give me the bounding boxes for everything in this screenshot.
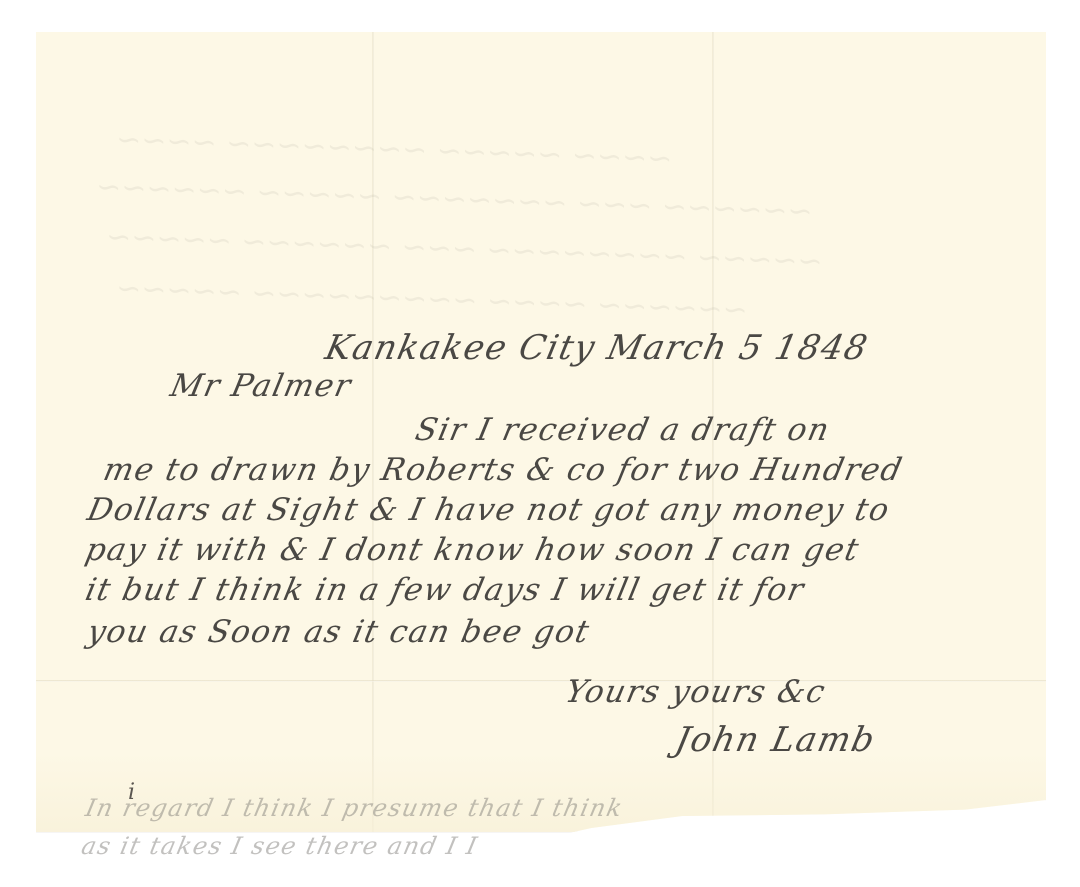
letter-dateline: Kankakee City March 5 1848: [322, 328, 872, 368]
body-line: me to drawn by Roberts & co for two Hund…: [100, 452, 906, 488]
body-line: Sir I received a draft on: [412, 412, 833, 448]
body-line: it but I think in a few days I will get …: [82, 572, 808, 608]
body-line: pay it with & I dont know how soon I can…: [82, 532, 863, 568]
bleed-through-text: ~~~~ ~~~~~ ~~~~~~~~ ~~~~: [116, 122, 673, 176]
body-line: Dollars at Sight & I have not got any mo…: [84, 492, 893, 528]
letter-paper: ~~~~ ~~~~~ ~~~~~~~~ ~~~~ ~~~~~~ ~~~ ~~~~…: [36, 32, 1046, 832]
postscript-line: as it takes I see there and I I: [79, 832, 481, 860]
letter-closing: Yours yours &c: [562, 674, 829, 710]
letter-salutation: Mr Palmer: [167, 368, 355, 404]
postscript-line: In regard I think I presume that I think: [83, 794, 626, 822]
bleed-through-text: ~~~~~~ ~~~ ~~~~~~~ ~~~~~ ~~~~~~: [96, 170, 814, 230]
body-line: you as Soon as it can bee got: [84, 614, 593, 650]
letter-signature: John Lamb: [672, 720, 880, 760]
bleed-through-text: ~~~~~~ ~~~~ ~~~~~~~~~ ~~~~~: [116, 271, 749, 328]
horizontal-fold-line: [36, 680, 1046, 682]
bleed-through-text: ~~~~~ ~~~~~~~~ ~~~ ~~~~~~ ~~~~~: [106, 220, 824, 280]
